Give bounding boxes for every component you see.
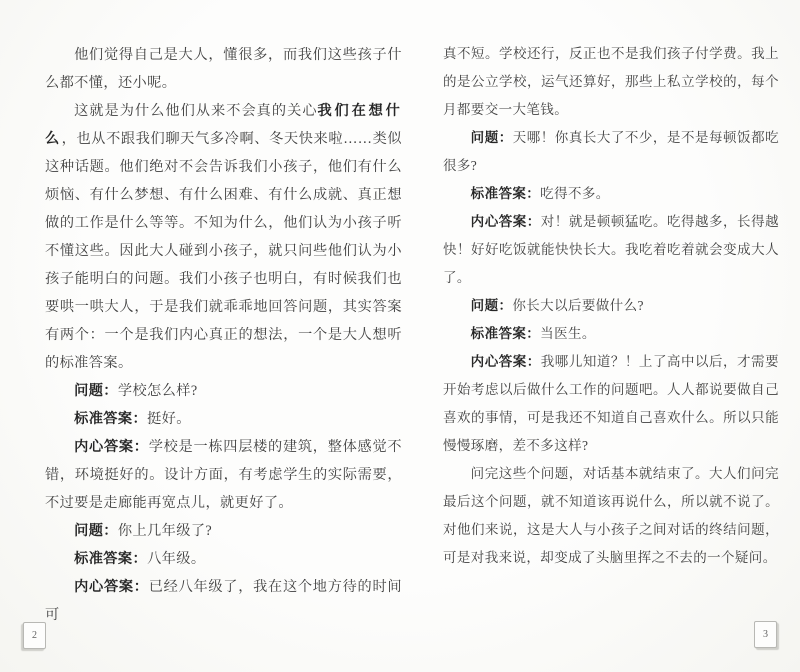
bold-text: 标准答案： xyxy=(471,326,541,341)
bold-text: 内心答案： xyxy=(471,214,541,229)
body-text: 你长大以后要做什么? xyxy=(512,298,644,313)
body-text: 这就是为什么他们从来不会真的关心 xyxy=(74,103,317,119)
body-text: 吃得不多。 xyxy=(540,186,610,201)
paragraph: 内心答案：已经八年级了，我在这个地方待的时间可 xyxy=(45,573,402,629)
paragraph: 这就是为什么他们从来不会真的关心我们在想什么，也从不跟我们聊天气多冷啊、冬天快来… xyxy=(45,97,402,377)
bold-text: 内心答案： xyxy=(74,439,149,455)
book-spread: 他们觉得自己是大人，懂很多，而我们这些孩子什么都不懂，还小呢。这就是为什么他们从… xyxy=(0,0,800,672)
body-text: 你上几年级了? xyxy=(118,523,212,539)
body-text: ，也从不跟我们聊天气多冷啊、冬天快来啦……类似这种话题。他们绝对不会告诉我们小孩… xyxy=(45,131,402,371)
bold-text: 问题： xyxy=(74,383,118,399)
paragraph: 内心答案：学校是一栋四层楼的建筑，整体感觉不错，环境挺好的。设计方面，有考虑学生… xyxy=(45,433,402,517)
page-number-box-right: 3 xyxy=(754,621,777,648)
page-number-left: 2 xyxy=(32,630,37,641)
body-text: 问完这些个问题，对话基本就结束了。大人们问完最后这个问题，就不知道该再说什么，所… xyxy=(443,466,779,565)
paragraph: 问题：学校怎么样? xyxy=(45,377,402,405)
page-left-text: 他们觉得自己是大人，懂很多，而我们这些孩子什么都不懂，还小呢。这就是为什么他们从… xyxy=(45,41,402,629)
paragraph: 他们觉得自己是大人，懂很多，而我们这些孩子什么都不懂，还小呢。 xyxy=(45,41,402,97)
bold-text: 问题： xyxy=(74,523,118,539)
paragraph: 内心答案：对！就是顿顿猛吃。吃得越多，长得越快！好好吃饭就能快快长大。我吃着吃着… xyxy=(443,208,779,292)
bold-text: 内心答案： xyxy=(74,579,149,595)
body-text: 真不短。学校还行，反正也不是我们孩子付学费。我上的是公立学校，运气还算好，那些上… xyxy=(443,46,779,117)
paragraph: 问题：你长大以后要做什么? xyxy=(443,292,779,320)
body-text: 学校怎么样? xyxy=(118,383,198,399)
bold-text: 标准答案： xyxy=(471,186,541,201)
paragraph: 内心答案：我哪儿知道？！上了高中以后，才需要开始考虑以后做什么工作的问题吧。人人… xyxy=(443,348,779,460)
body-text: 八年级。 xyxy=(147,551,205,567)
page-right-text: 真不短。学校还行，反正也不是我们孩子付学费。我上的是公立学校，运气还算好，那些上… xyxy=(443,40,779,572)
bold-text: 问题： xyxy=(471,130,513,145)
bold-text: 标准答案： xyxy=(74,551,147,567)
body-text: 他们觉得自己是大人，懂很多，而我们这些孩子什么都不懂，还小呢。 xyxy=(45,47,402,91)
paragraph: 问题：天哪！你真长大了不少，是不是每顿饭都吃很多? xyxy=(443,124,779,180)
body-text: 挺好。 xyxy=(147,411,191,427)
page-number-right: 3 xyxy=(763,629,768,640)
paragraph: 问完这些个问题，对话基本就结束了。大人们问完最后这个问题，就不知道该再说什么，所… xyxy=(443,460,779,572)
paragraph: 标准答案：八年级。 xyxy=(45,545,402,573)
bold-text: 标准答案： xyxy=(74,411,147,427)
bold-text: 内心答案： xyxy=(471,354,541,369)
paragraph: 标准答案：吃得不多。 xyxy=(443,180,779,208)
bold-text: 问题： xyxy=(471,298,513,313)
paragraph: 问题：你上几年级了? xyxy=(45,517,402,545)
body-text: 当医生。 xyxy=(540,326,596,341)
paragraph: 真不短。学校还行，反正也不是我们孩子付学费。我上的是公立学校，运气还算好，那些上… xyxy=(443,40,779,124)
paragraph: 标准答案：挺好。 xyxy=(45,405,402,433)
paragraph: 标准答案：当医生。 xyxy=(443,320,779,348)
page-number-box-left: 2 xyxy=(23,622,46,649)
